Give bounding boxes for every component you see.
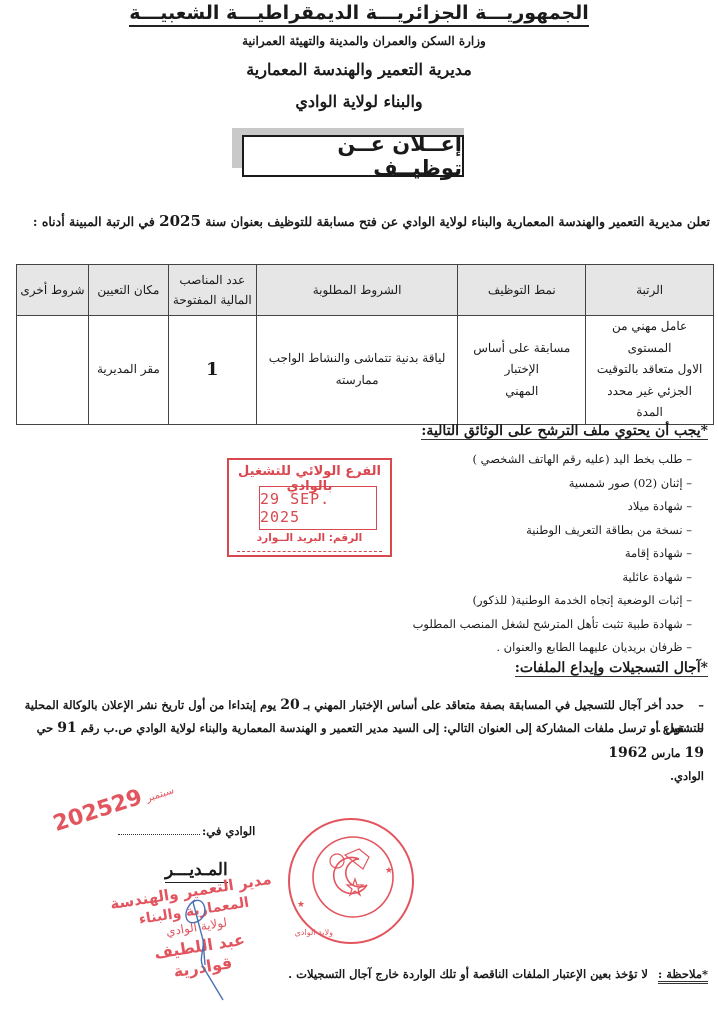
republic-heading: الجمهوريـــة الجزائريـــة الديمقراطيـــة…	[0, 2, 718, 24]
deadlines-heading: *آجال التسجيلات وإيداع الملفات:	[515, 660, 708, 676]
cell-other-conditions	[17, 316, 89, 425]
official-seal-icon: ★ ★ ولاية الوادي	[285, 815, 417, 947]
cell-positions: 1	[168, 316, 256, 425]
directorate-name-line2: والبناء لولاية الوادي	[0, 92, 718, 111]
stamp-footer: الرقم: البريد الــوارد	[229, 532, 390, 544]
cell-recruitment-mode: مسابقة على أساس الإختبارالمهني	[458, 316, 586, 425]
col-location: مكان التعيين	[88, 265, 168, 316]
svg-text:★: ★	[297, 900, 305, 910]
list-item: نسخة من بطاقة التعريف الوطنية	[413, 519, 692, 543]
col-recruitment-mode: نمط التوظيف	[458, 265, 586, 316]
cell-conditions: لياقة بدنية تتماشى والنشاط الواجب ممارست…	[256, 316, 458, 425]
list-item: شهادة عائلية	[413, 566, 692, 590]
note-label: *ملاحظة :	[658, 967, 708, 984]
stamp-dotted-line	[237, 551, 382, 552]
note: *ملاحظة :لا تؤخذ بعين الإعتبار الملفات ا…	[288, 967, 708, 981]
svg-text:ولاية الوادي: ولاية الوادي	[295, 928, 333, 937]
handwritten-signature-icon	[175, 890, 245, 1010]
list-item: شهادة إقامة	[413, 542, 692, 566]
directorate-name-line1: مديرية التعمير والهندسة المعمارية	[0, 60, 718, 79]
documents-list: طلب بخط اليد (عليه رقم الهاتف الشخصي ) إ…	[413, 448, 692, 660]
intro-year: 2025	[159, 212, 201, 230]
col-other-conditions: شروط أخرى	[17, 265, 89, 316]
reception-stamp: الفرع الولائي للتشغيل بالوادي 29 SEP. 20…	[227, 458, 392, 557]
list-item: ظرفان بريديان عليهما الطابع والعنوان .	[413, 636, 692, 660]
list-item: إثبات الوضعية إتجاه الخدمة الوطنية( للذك…	[413, 589, 692, 613]
intro-paragraph: تعلن مديرية التعمير والهندسة المعمارية و…	[20, 212, 710, 230]
announcement-title: إعــلان عــن توظيــف	[242, 135, 464, 177]
ministry-name: وزارة السكن والعمران والمدينة والتهيئة ا…	[0, 34, 718, 48]
cell-grade: عامل مهني من المستوىالاول متعاقد بالتوقي…	[586, 316, 714, 425]
col-positions: عدد المناصبالمالية المفتوحة	[168, 265, 256, 316]
col-conditions: الشروط المطلوبة	[256, 265, 458, 316]
note-text: لا تؤخذ بعين الإعتبار الملفات الناقصة أو…	[288, 967, 648, 981]
documents-heading: *يجب أن يحتوي ملف الترشح على الوثائق الت…	[421, 423, 708, 439]
col-grade: الرتبة	[586, 265, 714, 316]
table-header-row: الرتبة نمط التوظيف الشروط المطلوبة عدد ا…	[17, 265, 714, 316]
deadline-item-address: –تودع أو ترسل ملفات المشاركة إلى العنوان…	[14, 716, 704, 787]
list-item: طلب بخط اليد (عليه رقم الهاتف الشخصي )	[413, 448, 692, 472]
stamp-date: 29 SEP. 2025	[259, 486, 377, 530]
list-item: شهادة ميلاد	[413, 495, 692, 519]
list-item: إثنان (02) صور شمسية	[413, 472, 692, 496]
svg-text:★: ★	[385, 866, 393, 876]
cell-location: مقر المديرية	[88, 316, 168, 425]
place-date-line: الوادي في:	[118, 824, 255, 838]
table-row: عامل مهني من المستوىالاول متعاقد بالتوقي…	[17, 316, 714, 425]
list-item: شهادة طبية تثبت تأهل المترشح لشغل المنصب…	[413, 613, 692, 637]
job-table: الرتبة نمط التوظيف الشروط المطلوبة عدد ا…	[16, 264, 714, 425]
